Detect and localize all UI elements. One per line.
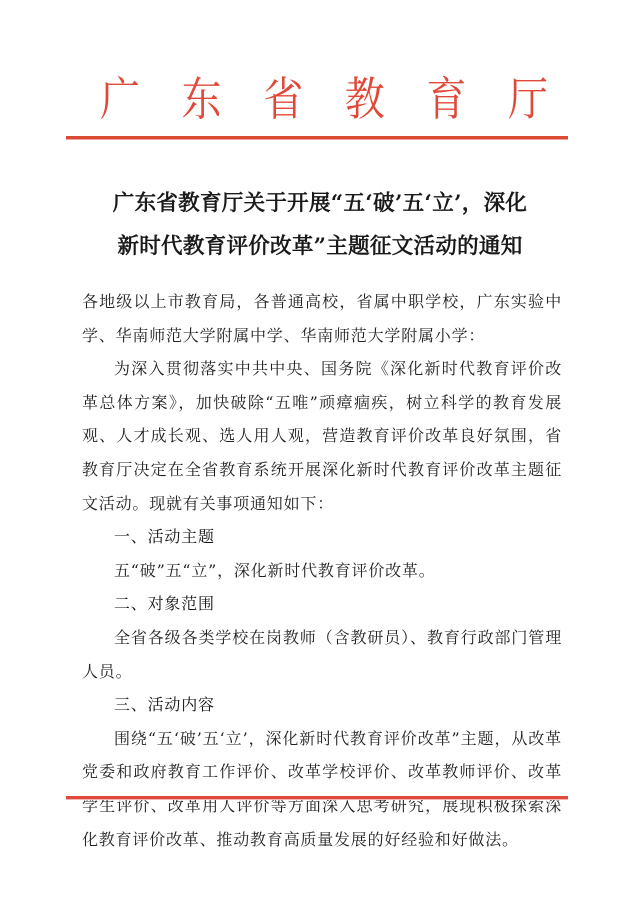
masthead: 广 东 省 教 育 厅 [66,72,568,128]
masthead-divider [66,136,568,139]
section-text-theme: 五“破”五“立”，深化新时代教育评价改革。 [82,554,562,588]
document-title: 广东省教育厅关于开展“五‘破’五‘立’，深化 新时代教育评价改革”主题征文活动的… [60,182,580,268]
section-text-content: 围绕“五‘破’五‘立’，深化新时代教育评价改革”主题，从改革党委和政府教育工作评… [82,722,562,856]
section-text-scope: 全省各级各类学校在岗教师（含教研员）、教育行政部门管理人员。 [82,621,562,688]
masthead-char: 广 [100,77,140,123]
footer-divider [66,796,568,799]
masthead-char: 育 [426,77,466,123]
document-body: 各地级以上市教育局，各普通高校，省属中职学校，广东实验中学、华南师范大学附属中学… [82,285,562,856]
masthead-char: 省 [263,77,303,123]
document-page: 广 东 省 教 育 厅 广东省教育厅关于开展“五‘破’五‘立’，深化 新时代教育… [0,0,631,900]
masthead-char: 厅 [508,77,548,123]
title-line-1: 广东省教育厅关于开展“五‘破’五‘立’，深化 [60,182,580,225]
intro-paragraph: 为深入贯彻落实中共中央、国务院《深化新时代教育评价改革总体方案》，加快破除“五唯… [82,352,562,520]
section-heading-theme: 一、活动主题 [82,520,562,554]
masthead-char: 东 [182,77,222,123]
masthead-char: 教 [345,77,385,123]
addressee: 各地级以上市教育局，各普通高校，省属中职学校，广东实验中学、华南师范大学附属中学… [82,285,562,352]
title-line-2: 新时代教育评价改革”主题征文活动的通知 [60,225,580,268]
section-heading-scope: 二、对象范围 [82,587,562,621]
section-heading-content: 三、活动内容 [82,688,562,722]
